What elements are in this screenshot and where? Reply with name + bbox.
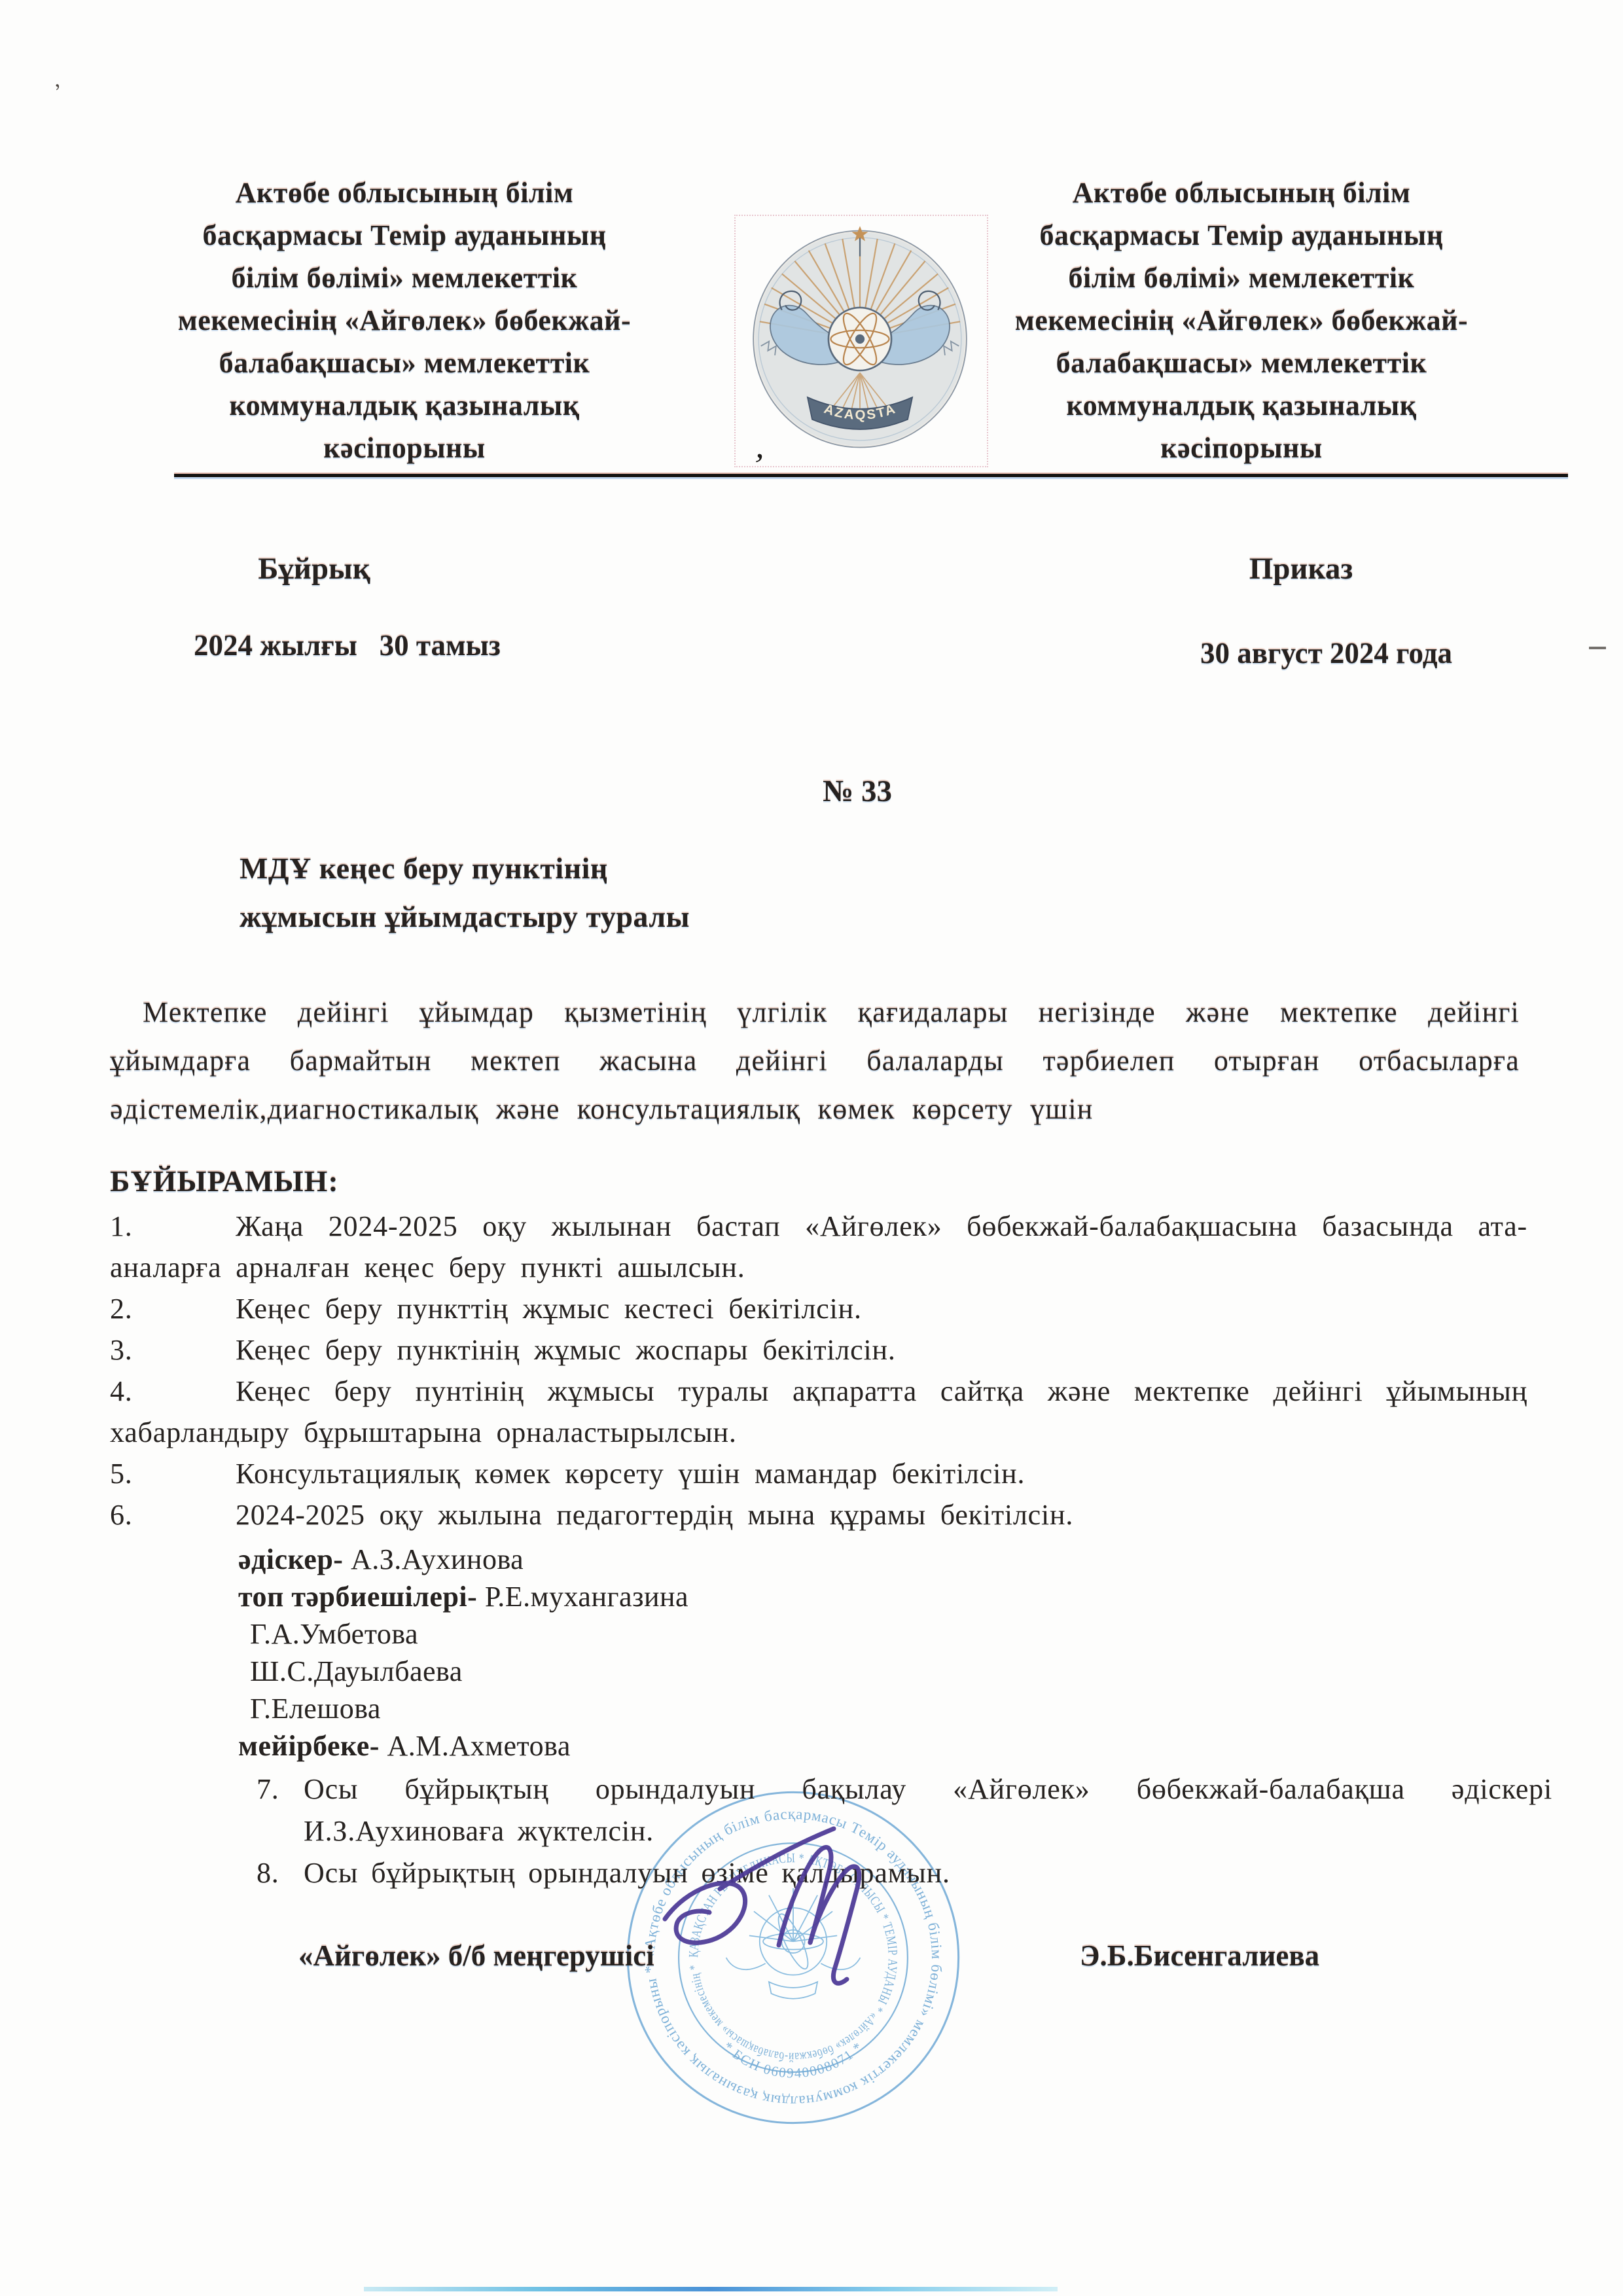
staff-name: Р.Е.мухангазина bbox=[477, 1581, 688, 1613]
item-text: Консультациялық көмек көрсету үшін маман… bbox=[236, 1458, 1025, 1490]
item-text: Кеңес беру пункттің жұмыс кестесі бекіті… bbox=[236, 1293, 862, 1325]
staff-list: әдіскер- А.З.Аухинова топ тәрбиешілері- … bbox=[238, 1541, 688, 1765]
staff-name: А.З.Аухинова bbox=[343, 1543, 524, 1575]
item-number: 5. bbox=[110, 1453, 236, 1494]
item-number: 3. bbox=[110, 1329, 236, 1371]
list-item: 6.2024-2025 оқу жылына педагогтердің мын… bbox=[110, 1494, 1527, 1535]
staff-name: Г.А.Умбетова bbox=[250, 1618, 418, 1650]
scan-artifact-strip bbox=[364, 2287, 1058, 2291]
org-name-right: Актөбе облысының білім басқармасы Темір … bbox=[938, 171, 1544, 469]
item-text: Жаңа 2024-2025 оқу жылынан бастап «Айгөл… bbox=[110, 1210, 1527, 1283]
preamble-paragraph: Мектепке дейінгі ұйымдар қызметінің үлгі… bbox=[110, 988, 1520, 1134]
staff-row: мейірбеке- А.М.Ахметова bbox=[238, 1727, 688, 1765]
staff-row: Ш.С.Дауылбаева bbox=[250, 1653, 688, 1690]
list-item: 1.Жаңа 2024-2025 оқу жылынан бастап «Айг… bbox=[110, 1206, 1527, 1288]
order-title-ru: Приказ bbox=[1150, 551, 1452, 586]
item-number: 8. bbox=[257, 1852, 304, 1894]
list-item: 2.Кеңес беру пункттің жұмыс кестесі бекі… bbox=[110, 1288, 1527, 1329]
decree-items-list: 1.Жаңа 2024-2025 оқу жылынан бастап «Айг… bbox=[110, 1206, 1527, 1535]
order-date-kk: 2024 жылғы 30 тамыз bbox=[194, 628, 501, 662]
list-item: 4.Кеңес беру пунтінің жұмысы туралы ақпа… bbox=[110, 1371, 1527, 1453]
signatory-name: Э.Б.Бисенгалиева bbox=[1080, 1939, 1319, 1973]
staff-name: Ш.С.Дауылбаева bbox=[250, 1655, 463, 1687]
staff-role-label: топ тәрбиешілері- bbox=[238, 1581, 477, 1613]
scan-artifact-dash bbox=[1589, 647, 1606, 649]
order-title-kk: Бұйрық bbox=[164, 551, 465, 586]
item-number: 1. bbox=[110, 1206, 236, 1247]
order-date-ru: 30 август 2024 года bbox=[1200, 636, 1452, 670]
handwritten-signature bbox=[641, 1791, 923, 2017]
header-divider-line bbox=[174, 474, 1568, 477]
decree-heading: БҰЙЫРАМЫН: bbox=[110, 1164, 339, 1198]
staff-name: Г.Елешова bbox=[250, 1693, 381, 1725]
staff-row: топ тәрбиешілері- Р.Е.мухангазина bbox=[238, 1578, 688, 1615]
scanned-order-page: { "header": { "left_org": "Актөбе облысы… bbox=[0, 0, 1623, 2296]
signatory-position: «Айгөлек» б/б меңгерушісі bbox=[298, 1939, 654, 1973]
list-item: 5.Консультациялық көмек көрсету үшін мам… bbox=[110, 1453, 1527, 1494]
org-name-left: Актөбе облысының білім басқармасы Темір … bbox=[110, 171, 699, 469]
staff-name: А.М.Ахметова bbox=[380, 1730, 571, 1762]
item-number: 4. bbox=[110, 1371, 236, 1412]
staff-role-label: әдіскер- bbox=[238, 1543, 343, 1575]
staff-row: Г.Елешова bbox=[250, 1690, 688, 1727]
staff-role-label: мейірбеке- bbox=[238, 1730, 380, 1762]
scan-artifact-mark: ’ bbox=[52, 79, 65, 105]
staff-row: Г.А.Умбетова bbox=[250, 1615, 688, 1653]
item-text: Осы бұйрықтың орындалуын бақылау «Айгөле… bbox=[304, 1773, 1552, 1847]
order-subject: МДҰ кеңес беру пунктінің жұмысын ұйымдас… bbox=[240, 844, 1025, 941]
item-number: 6. bbox=[110, 1494, 236, 1535]
item-number: 7. bbox=[257, 1768, 304, 1810]
item-number: 2. bbox=[110, 1288, 236, 1329]
item-text: 2024-2025 оқу жылына педагогтердің мына … bbox=[236, 1499, 1073, 1531]
staff-row: әдіскер- А.З.Аухинова bbox=[238, 1541, 688, 1578]
item-text: Кеңес беру пунктінің жұмыс жоспары бекіт… bbox=[236, 1334, 896, 1366]
item-text: Кеңес беру пунтінің жұмысы туралы ақпара… bbox=[110, 1375, 1527, 1448]
order-number: № 33 bbox=[753, 774, 962, 809]
list-item: 3.Кеңес беру пунктінің жұмыс жоспары бек… bbox=[110, 1329, 1527, 1371]
